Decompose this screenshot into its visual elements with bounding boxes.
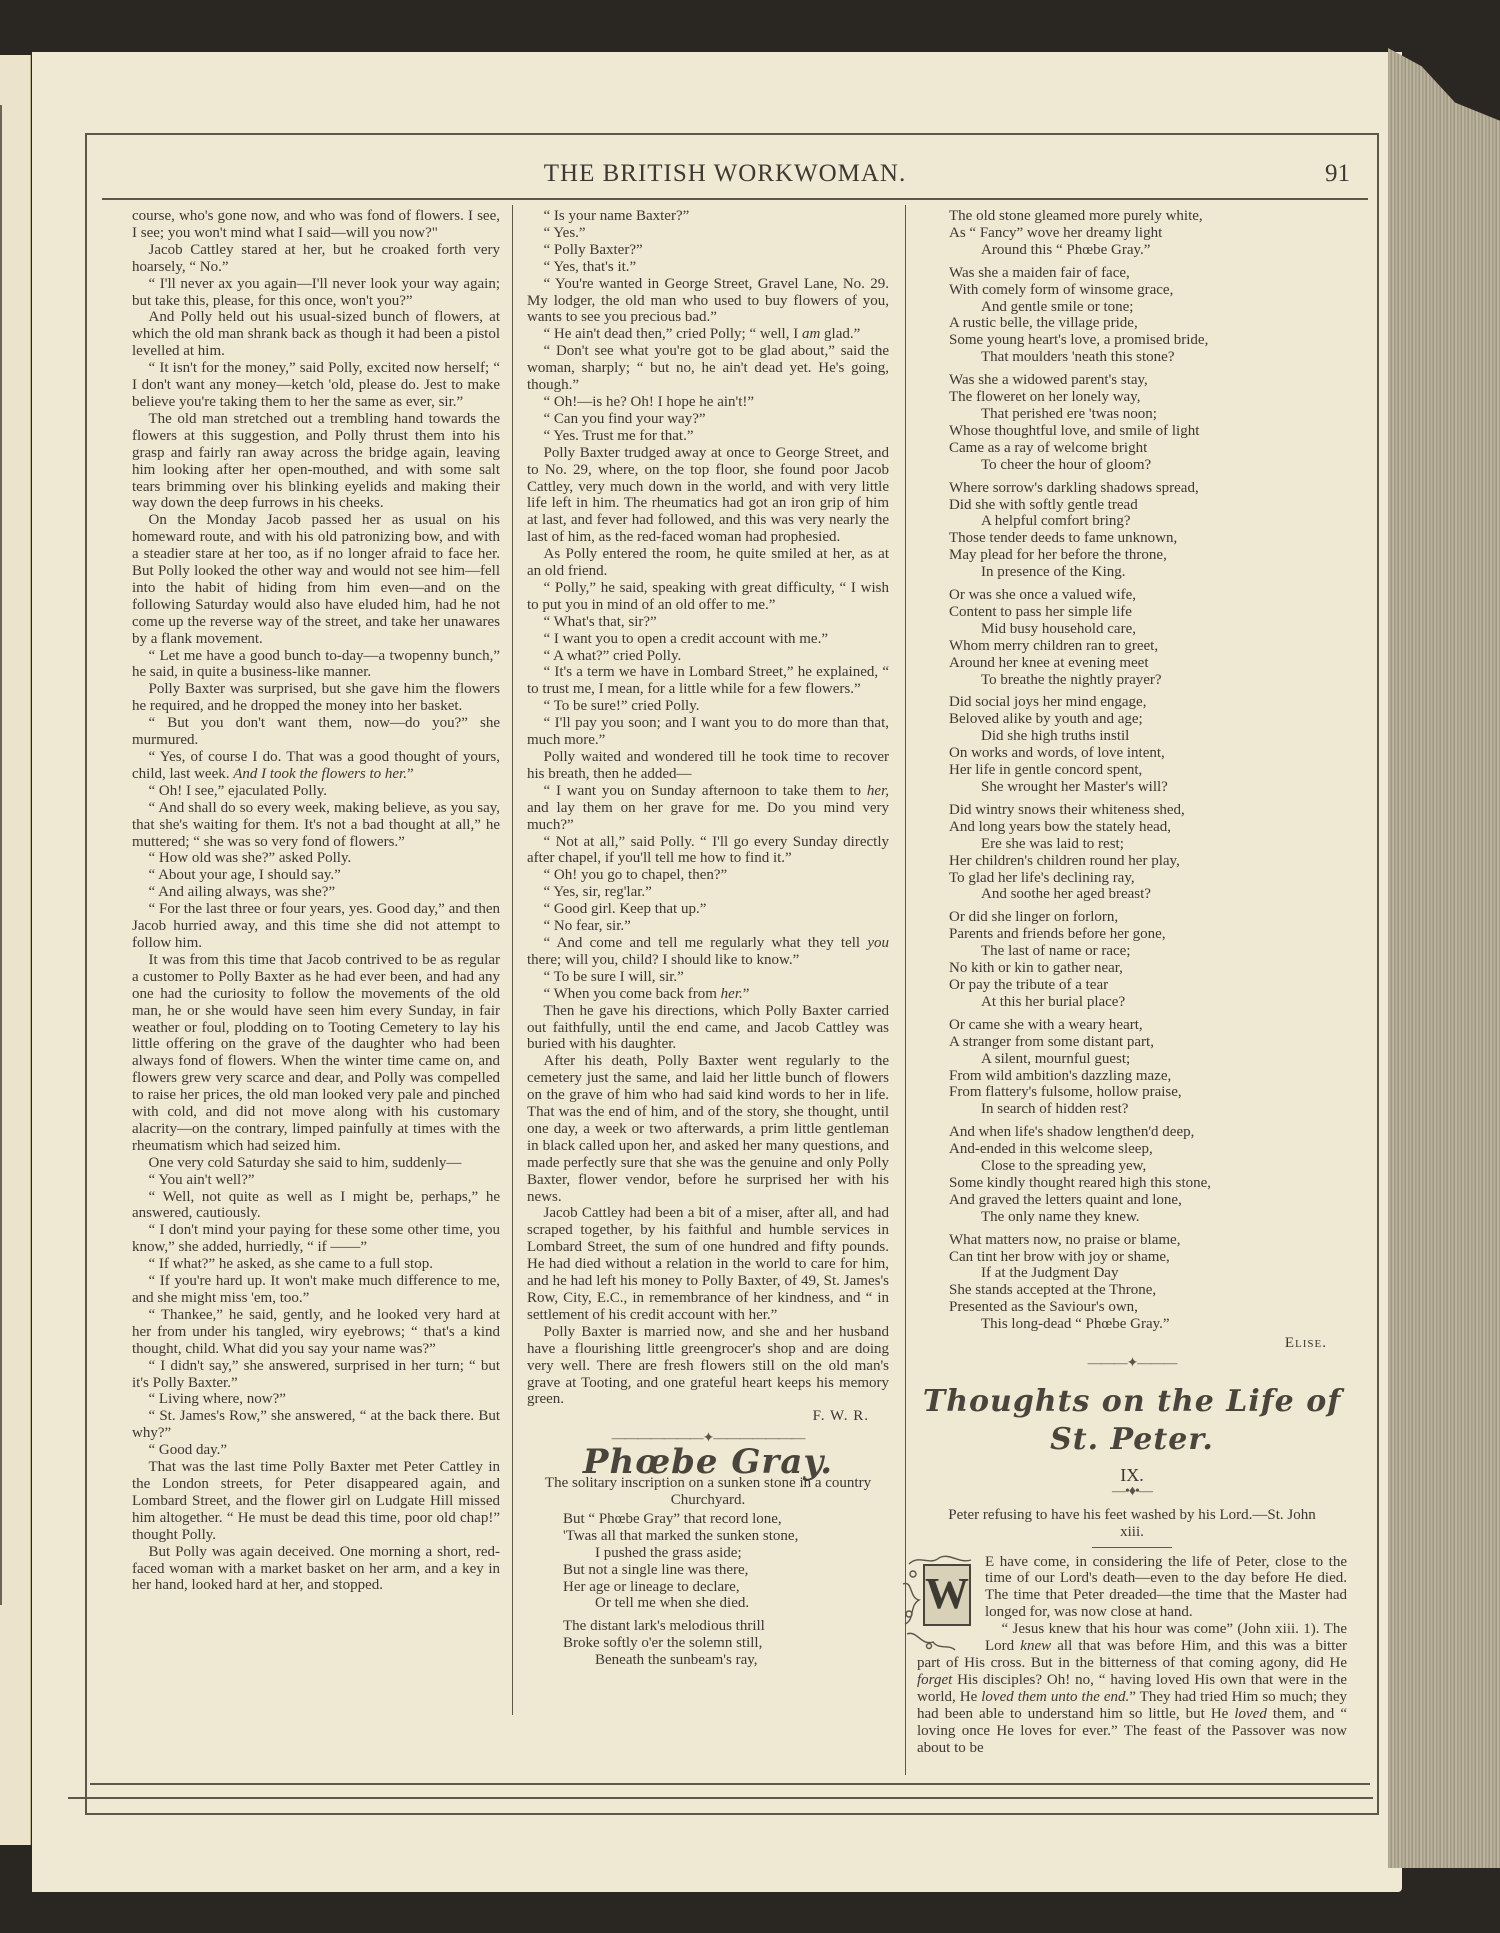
paragraph: Polly Baxter was surprised, but she gave… (132, 681, 500, 715)
dropcap-letter: W (923, 1564, 971, 1626)
number-ornament-icon: —•♦•— (917, 1484, 1347, 1501)
paragraph: “ Oh! you go to chapel, then?” (527, 867, 889, 884)
poem-line: A helpful comfort bring? (949, 513, 1347, 530)
paragraph: course, who's gone now, and who was fond… (132, 208, 500, 242)
paragraph: “ Yes, of course I do. That was a good t… (132, 749, 500, 783)
paragraph: “ Polly,” he said, speaking with great d… (527, 580, 889, 614)
paragraph: “ No fear, sir.” (527, 918, 889, 935)
poem-line: Was she a maiden fair of face, (949, 265, 1347, 282)
header-rule (102, 198, 1368, 200)
article-number: IX. (917, 1467, 1347, 1484)
poem-line: A stranger from some distant part, (949, 1034, 1347, 1051)
paragraph: “ Can you find your way?” (527, 411, 889, 428)
poem-line: To breathe the nightly prayer? (949, 672, 1347, 689)
facing-page-edge (0, 55, 31, 1845)
paragraph: “ If what?” he asked, as she came to a f… (132, 1256, 500, 1273)
paragraph: “ I want you to open a credit account wi… (527, 631, 889, 648)
poem-line: To cheer the hour of gloom? (949, 457, 1347, 474)
article-subtitle: Peter refusing to have his feet washed b… (917, 1507, 1347, 1541)
poem-line: This long-dead “ Phœbe Gray.” (949, 1316, 1347, 1333)
poem-line: On works and words, of love intent, (949, 745, 1347, 762)
facing-page-rule (0, 105, 2, 1605)
paragraph: “ A what?” cried Polly. (527, 648, 889, 665)
paragraph: “ And come and tell me regularly what th… (527, 935, 889, 969)
column-divider-2 (905, 205, 906, 1775)
paragraph: One very cold Saturday she said to him, … (132, 1155, 500, 1172)
poem-line: Broke softly o'er the solemn still, (563, 1635, 889, 1652)
poem-line: And soothe her aged breast? (949, 886, 1347, 903)
poem-stanza: Did wintry snows their whiteness shed,An… (949, 802, 1347, 903)
story-conclusion: “ Is your name Baxter?”“ Yes.”“ Polly Ba… (527, 208, 889, 1408)
paragraph: “ You're wanted in George Street, Gravel… (527, 276, 889, 327)
paragraph: “ Living where, now?” (132, 1391, 500, 1408)
paragraph: “ Well, not quite as well as I might be,… (132, 1189, 500, 1223)
column-2: “ Is your name Baxter?”“ Yes.”“ Polly Ba… (527, 208, 889, 1675)
poem-line: Ere she was laid to rest; (949, 836, 1347, 853)
poem-stanza: What matters now, no praise or blame,Can… (949, 1232, 1347, 1333)
poem-line: Beneath the sunbeam's ray, (563, 1652, 889, 1669)
poem-line: Did social joys her mind engage, (949, 694, 1347, 711)
article-title-line-2: St. Peter. (917, 1421, 1347, 1459)
poem-line: In search of hidden rest? (949, 1101, 1347, 1118)
poem-stanza: Or was she once a valued wife,Content to… (949, 587, 1347, 688)
poem-signature: Elise. (917, 1335, 1347, 1352)
paragraph: “ It's a term we have in Lombard Street,… (527, 664, 889, 698)
paragraph: “ I want you on Sunday afternoon to take… (527, 783, 889, 834)
paragraph: It was from this time that Jacob contriv… (132, 952, 500, 1155)
paragraph: “ Yes. Trust me for that.” (527, 428, 889, 445)
poem-line: The last of name or race; (949, 943, 1347, 960)
paragraph: “ Not at all,” said Polly. “ I'll go eve… (527, 834, 889, 868)
paragraph: “ Good girl. Keep that up.” (527, 901, 889, 918)
poem-stanza: And when life's shadow lengthen'd deep,A… (949, 1124, 1347, 1225)
poem-line: Or did she linger on forlorn, (949, 909, 1347, 926)
paragraph: Jacob Cattley had been a bit of a miser,… (527, 1205, 889, 1323)
poem-line: And gentle smile or tone; (949, 299, 1347, 316)
paragraph: “ It isn't for the money,” said Polly, e… (132, 360, 500, 411)
poem-line: May plead for her before the throne, (949, 547, 1347, 564)
paragraph: Polly Baxter is married now, and she and… (527, 1324, 889, 1409)
poem-line: Some young heart's love, a promised brid… (949, 332, 1347, 349)
page-number: 91 (1325, 160, 1350, 188)
paragraph: Then he gave his directions, which Polly… (527, 1003, 889, 1054)
poem-title: Phœbe Gray. (527, 1454, 889, 1471)
poem-line: In presence of the King. (949, 564, 1347, 581)
column-divider-1 (512, 205, 513, 1715)
poem-line: She wrought her Master's will? (949, 779, 1347, 796)
paragraph: “ To be sure I will, sir.” (527, 969, 889, 986)
paragraph: “ About your age, I should say.” (132, 867, 500, 884)
paragraph: “ Oh!—is he? Oh! I hope he ain't!” (527, 394, 889, 411)
ornament-divider-icon: ———✦——— (917, 1356, 1347, 1373)
paragraph: WE have come, in considering the life of… (917, 1554, 1347, 1622)
poem-line: Those tender deeds to fame unknown, (949, 530, 1347, 547)
poem-line: Presented as the Saviour's own, (949, 1299, 1347, 1316)
paragraph: But Polly was again deceived. One mornin… (132, 1544, 500, 1595)
paragraph: “ When you come back from her.” (527, 986, 889, 1003)
paragraph: “ Yes, sir, reg'lar.” (527, 884, 889, 901)
poem-line: Came as a ray of welcome bright (949, 440, 1347, 457)
paragraph: “ Yes.” (527, 225, 889, 242)
poem-line: Did she high truths instil (949, 728, 1347, 745)
poem-line: Content to pass her simple life (949, 604, 1347, 621)
poem-line: The floweret on her lonely way, (949, 389, 1347, 406)
paragraph: That was the last time Polly Baxter met … (132, 1459, 500, 1544)
poem-line: Or pay the tribute of a tear (949, 977, 1347, 994)
poem-line: And long years bow the stately head, (949, 819, 1347, 836)
poem-stanza: But “ Phœbe Gray” that record lone,'Twas… (563, 1511, 889, 1612)
paragraph: “ But you don't want them, now—do you?” … (132, 715, 500, 749)
paragraph: “ He ain't dead then,” cried Polly; “ we… (527, 326, 889, 343)
poem-line: Close to the spreading yew, (949, 1158, 1347, 1175)
paragraph: The old man stretched out a trembling ha… (132, 411, 500, 512)
poem-line: Did wintry snows their whiteness shed, (949, 802, 1347, 819)
poem-line: Or tell me when she died. (563, 1595, 889, 1612)
paragraph: “ I'll never ax you again—I'll never loo… (132, 276, 500, 310)
poem-line: And graved the letters quaint and lone, (949, 1192, 1347, 1209)
paragraph: “ To be sure!” cried Polly. (527, 698, 889, 715)
poem-line: Around this “ Phœbe Gray.” (949, 242, 1347, 259)
paragraph: “ Good day.” (132, 1442, 500, 1459)
poem-stanza: Or came she with a weary heart,A strange… (949, 1017, 1347, 1118)
poem-line: The old stone gleamed more purely white, (949, 208, 1347, 225)
paragraph: And Polly held out his usual-sized bunch… (132, 309, 500, 360)
paragraph: “ How old was she?” asked Polly. (132, 850, 500, 867)
bottom-rule-inner (90, 1783, 1370, 1785)
poem-line: From wild ambition's dazzling maze, (949, 1068, 1347, 1085)
poem-line: Her life in gentle concord spent, (949, 762, 1347, 779)
poem-line: Was she a widowed parent's stay, (949, 372, 1347, 389)
article-body: WE have come, in considering the life of… (917, 1554, 1347, 1757)
poem-line: Around her knee at evening meet (949, 655, 1347, 672)
poem-line: A silent, mournful guest; (949, 1051, 1347, 1068)
poem-line: The only name they knew. (949, 1209, 1347, 1226)
poem-line: Her children's children round her play, (949, 853, 1347, 870)
poem-stanza: Where sorrow's darkling shadows spread,D… (949, 480, 1347, 581)
paragraph: “ I'll pay you soon; and I want you to d… (527, 715, 889, 749)
ornamental-dropcap-icon: W (899, 1554, 979, 1654)
paragraph: “ Don't see what you're got to be glad a… (527, 343, 889, 394)
paragraph: On the Monday Jacob passed her as usual … (132, 512, 500, 647)
poem-line: If at the Judgment Day (949, 1265, 1347, 1282)
paragraph: “ Thankee,” he said, gently, and he look… (132, 1307, 500, 1358)
poem-line: What matters now, no praise or blame, (949, 1232, 1347, 1249)
short-rule (1092, 1547, 1172, 1548)
paragraph: “ Is your name Baxter?” (527, 208, 889, 225)
poem-line: Did she with softly gentle tread (949, 497, 1347, 514)
article-title: Thoughts on the Life of St. Peter. (917, 1383, 1347, 1459)
poem-line: And when life's shadow lengthen'd deep, (949, 1124, 1347, 1141)
poem-stanza: Was she a maiden fair of face,With comel… (949, 265, 1347, 366)
paragraph: “ I don't mind your paying for these som… (132, 1222, 500, 1256)
poem-line: Some kindly thought reared high this sto… (949, 1175, 1347, 1192)
poem-line: Whose thoughtful love, and smile of ligh… (949, 423, 1347, 440)
poem-line: With comely form of winsome grace, (949, 282, 1347, 299)
poem-stanza: The distant lark's melodious thrillBroke… (563, 1618, 889, 1669)
paragraph: “ You ain't well?” (132, 1172, 500, 1189)
paragraph: “ Jesus knew that his hour was come” (Jo… (917, 1621, 1347, 1756)
poem-line: Or came she with a weary heart, (949, 1017, 1347, 1034)
poem-line: Whom merry children ran to greet, (949, 638, 1347, 655)
poem-line: Where sorrow's darkling shadows spread, (949, 480, 1347, 497)
article-title-line-1: Thoughts on the Life of (917, 1383, 1347, 1421)
poem-line: Her age or lineage to declare, (563, 1579, 889, 1596)
poem-line: The distant lark's melodious thrill (563, 1618, 889, 1635)
poem-body-continued: The old stone gleamed more purely white,… (917, 208, 1347, 1333)
poem-line: But not a single line was there, (563, 1562, 889, 1579)
paragraph: “ St. James's Row,” she answered, “ at t… (132, 1408, 500, 1442)
poem-line: Or was she once a valued wife, (949, 587, 1347, 604)
paragraph: “ If you're hard up. It won't make much … (132, 1273, 500, 1307)
paragraph: “ What's that, sir?” (527, 614, 889, 631)
poem-line: To glad her life's declining ray, (949, 870, 1347, 887)
publication-title: THE BRITISH WORKWOMAN. (100, 160, 1350, 188)
paragraph: Polly waited and wondered till he took t… (527, 749, 889, 783)
paragraph: After his death, Polly Baxter went regul… (527, 1053, 889, 1205)
paragraph: “ For the last three or four years, yes.… (132, 901, 500, 952)
poem-subtitle: The solitary inscription on a sunken sto… (527, 1475, 889, 1509)
poem-line: I pushed the grass aside; (563, 1545, 889, 1562)
poem-line: Beloved alike by youth and age; (949, 711, 1347, 728)
poem-line: A rustic belle, the village pride, (949, 315, 1347, 332)
paragraph: “ Let me have a good bunch to-day—a twop… (132, 648, 500, 682)
bottom-rule-outer (68, 1797, 1373, 1799)
poem-body: But “ Phœbe Gray” that record lone,'Twas… (527, 1511, 889, 1669)
paragraph: Jacob Cattley stared at her, but he croa… (132, 242, 500, 276)
paragraph: “ And ailing always, was she?” (132, 884, 500, 901)
poem-line: That moulders 'neath this stone? (949, 349, 1347, 366)
poem-line: Can tint her brow with joy or shame, (949, 1249, 1347, 1266)
page-stack-edges (1388, 48, 1500, 1868)
poem-stanza: Was she a widowed parent's stay,The flow… (949, 372, 1347, 473)
paragraph: Polly Baxter trudged away at once to Geo… (527, 445, 889, 546)
paragraph: “ Oh! I see,” ejaculated Polly. (132, 783, 500, 800)
poem-line: No kith or kin to gather near, (949, 960, 1347, 977)
paragraph: “ Yes, that's it.” (527, 259, 889, 276)
poem-stanza: Or did she linger on forlorn,Parents and… (949, 909, 1347, 1010)
poem-line: She stands accepted at the Throne, (949, 1282, 1347, 1299)
poem-line: And-ended in this welcome sleep, (949, 1141, 1347, 1158)
poem-line: From flattery's fulsome, hollow praise, (949, 1084, 1347, 1101)
poem-line: At this her burial place? (949, 994, 1347, 1011)
author-signature: F. W. R. (527, 1408, 889, 1425)
poem-stanza: The old stone gleamed more purely white,… (949, 208, 1347, 259)
poem-line: As “ Fancy” wove her dreamy light (949, 225, 1347, 242)
poem-line: That perished ere 'twas noon; (949, 406, 1347, 423)
running-header: THE BRITISH WORKWOMAN. 91 (100, 160, 1350, 196)
poem-line: But “ Phœbe Gray” that record lone, (563, 1511, 889, 1528)
column-1-story-continued: course, who's gone now, and who was fond… (132, 208, 500, 1594)
poem-line: Parents and friends before her gone, (949, 926, 1347, 943)
poem-stanza: Did social joys her mind engage,Beloved … (949, 694, 1347, 795)
poem-line: Mid busy household care, (949, 621, 1347, 638)
paragraph: “ I didn't say,” she answered, surprised… (132, 1358, 500, 1392)
poem-line: 'Twas all that marked the sunken stone, (563, 1528, 889, 1545)
paragraph: “ And shall do so every week, making bel… (132, 800, 500, 851)
paragraph: “ Polly Baxter?” (527, 242, 889, 259)
column-3: The old stone gleamed more purely white,… (917, 208, 1347, 1756)
paragraph: As Polly entered the room, he quite smil… (527, 546, 889, 580)
